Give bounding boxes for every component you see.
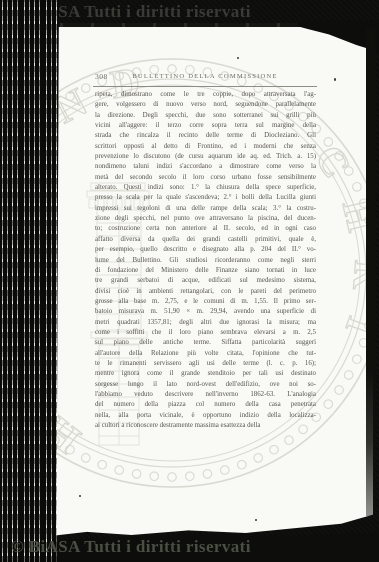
text-line: all'autore della Relazione più volte cit… (95, 349, 316, 359)
text-line: te le rimanenti servissero agli usi dell… (95, 359, 316, 369)
text-line: come i soffitti che il loro piano sembra… (95, 328, 316, 338)
page-body: ripeta, dimostrano come le tre coppie, d… (95, 90, 316, 431)
text-line: la direzione. Degli specchi, due sono so… (95, 111, 316, 121)
text-line: metri quadrati 1357,81; degli altri due … (95, 318, 316, 328)
text-line: prevenzione lo discutono (de cursu aquar… (95, 152, 316, 162)
text-line: metà del secondo secolo il loro corso ur… (95, 173, 316, 183)
text-line: ripeta, dimostrano come le tre coppie, d… (95, 90, 316, 100)
text-line: alterato. Questi indizi sono: 1.° la chi… (95, 183, 316, 193)
page-header: 308 BULLETTINO DELLA COMMISSIONE (95, 72, 315, 84)
text-line: nondimeno taluni indizi s'accordano a di… (95, 162, 316, 172)
text-line: lume del Bullettino. Gli studiosi ricord… (95, 256, 316, 266)
text-line: per esempio, quello descritto e disegnat… (95, 245, 316, 255)
text-line: sul piano delle antiche terme. Siffatta … (95, 338, 316, 348)
text-line: vicini all'aggere: il terzo corre sopra … (95, 121, 316, 131)
text-line: to; costruzione certa non anteriore al I… (95, 224, 316, 234)
text-line: ai cultori a riconoscere destramente mas… (95, 421, 316, 431)
text-line: presso la scala per la quale s'ascendeva… (95, 193, 316, 203)
text-line: strada che rincalza il recinto delle ter… (95, 131, 316, 141)
stamp-letters-bottom-left: HAS·V (55, 207, 88, 463)
dust-speck (237, 57, 239, 59)
dust-speck (79, 495, 81, 497)
text-line: zione degli specchi, nel punto ove attra… (95, 214, 316, 224)
text-line: scrittori opposti al detto di Frontino, … (95, 142, 316, 152)
scan-background: © BiASA Tutti i diritti riservati (0, 0, 379, 562)
text-line: gere, volgessero di nuovo verso nord, se… (95, 100, 316, 110)
text-line: grosse alla base m. 2,75, e le comuni di… (95, 297, 316, 307)
text-line: di fondazione del Ministero delle Finanz… (95, 266, 316, 276)
text-line: impressi sui tegoloni di una delle rampe… (95, 204, 316, 214)
header-rule (93, 86, 317, 87)
copyright-watermark-bottom: © BiASA Tutti i diritti riservati (11, 537, 251, 557)
text-line: mentre ignora come il grande stenditoio … (95, 369, 316, 379)
running-title: BULLETTINO DELLA COMMISSIONE (95, 73, 315, 80)
page-top-edge (46, 23, 318, 27)
text-line: l'abbiamo veduto descrivere nell'inverno… (95, 390, 316, 400)
dust-speck (334, 78, 336, 81)
book-binding-edge (0, 0, 64, 562)
text-line: tre grandi serbatoi di acque, edificati … (95, 276, 316, 286)
dust-speck (255, 519, 257, 521)
text-line: sorgesse lungo il lato nord-ovest dell'e… (95, 380, 316, 390)
page-right-edge (366, 28, 375, 516)
stamp-letters-right: CHRI (306, 137, 373, 365)
scanned-page: OND CHRI HAS·V 308 BULLETTINO DELLA COMM… (55, 27, 373, 536)
text-line: batoio misurava m. 51,90 × m. 29,94, ave… (95, 307, 316, 317)
text-line: nella, alla porta vicinale, è opportuno … (95, 411, 316, 421)
text-line: affatto diversa da quella dei grandi cas… (95, 235, 316, 245)
text-line: divisi cioè in ambienti rettangolari, co… (95, 287, 316, 297)
text-line: del numero della piazza col numero della… (95, 400, 316, 410)
